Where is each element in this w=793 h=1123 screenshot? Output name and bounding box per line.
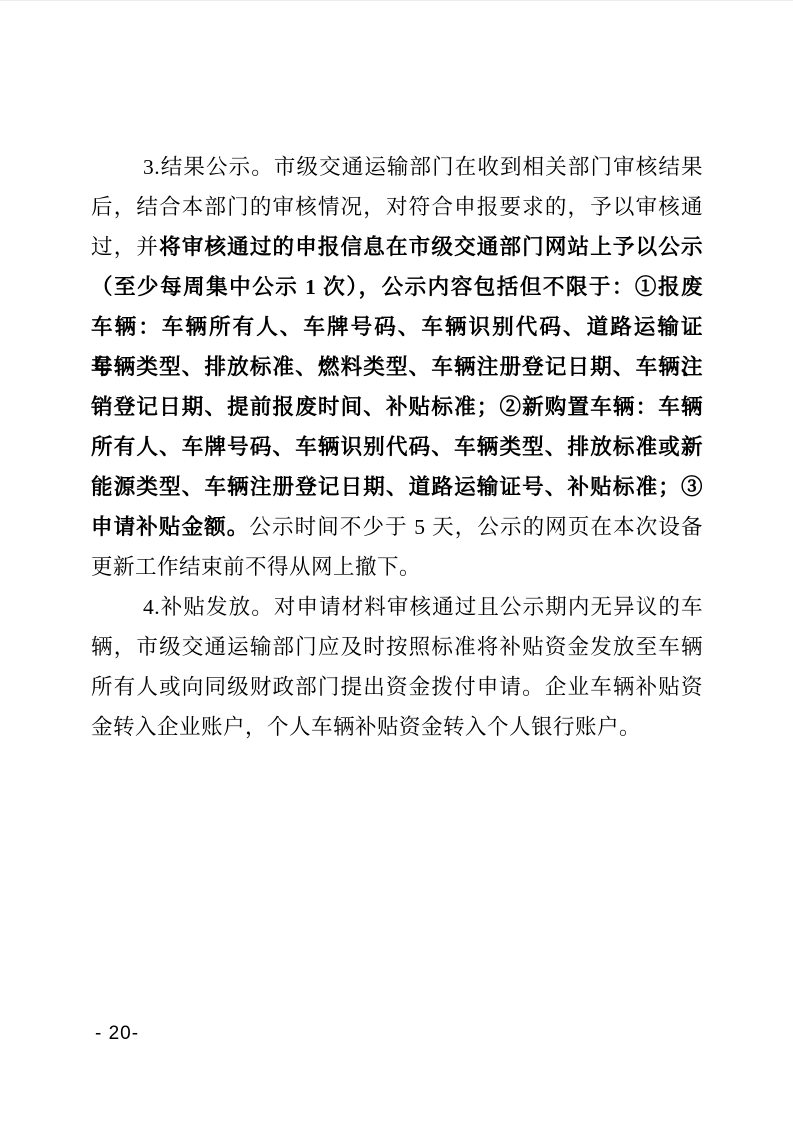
- bold-text-segment: 能源类型、车辆注册登记日期、道路运输证号、补贴标准；③: [91, 475, 703, 499]
- document-page: 3.结果公示。市级交通运输部门在收到相关部门审核结果后，结合本部门的审核情况，对…: [0, 0, 793, 1123]
- bold-text-segment: 车辆类型、排放标准、燃料类型、车辆注册登记日期、车辆注: [91, 355, 703, 379]
- text-line: （至少每周集中公示 1 次），公示内容包括但不限于：①报废: [91, 267, 703, 307]
- text-line: 辆，市级交通运输部门应及时按照标准将补贴资金发放至车辆: [91, 627, 703, 667]
- text-segment: 公示时间不少于 5 天，公示的网页在本次设备: [249, 515, 703, 539]
- text-line: 后，结合本部门的审核情况，对符合申报要求的，予以审核通: [91, 187, 703, 227]
- text-segment: 辆，市级交通运输部门应及时按照标准将补贴资金发放至车辆: [91, 635, 703, 659]
- text-line: 车辆类型、排放标准、燃料类型、车辆注册登记日期、车辆注: [91, 347, 703, 387]
- text-segment: 所有人或向同级财政部门提出资金拨付申请。企业车辆补贴资: [91, 675, 703, 699]
- text-line: 金转入企业账户，个人车辆补贴资金转入个人银行账户。: [91, 707, 703, 747]
- text-line: 能源类型、车辆注册登记日期、道路运输证号、补贴标准；③: [91, 467, 703, 507]
- text-line: 过，并将审核通过的申报信息在市级交通部门网站上予以公示: [91, 227, 703, 267]
- text-line: 车辆：车辆所有人、车牌号码、车辆识别代码、道路运输证号、: [91, 307, 703, 347]
- text-line: 4.补贴发放。对申请材料审核通过且公示期内无异议的车: [91, 587, 703, 627]
- text-line: 所有人或向同级财政部门提出资金拨付申请。企业车辆补贴资: [91, 667, 703, 707]
- text-segment: 过，并: [91, 235, 159, 259]
- text-line: 销登记日期、提前报废时间、补贴标准；②新购置车辆：车辆: [91, 387, 703, 427]
- bold-text-segment: 申请补贴金额。: [91, 515, 249, 539]
- bold-text-segment: 将审核通过的申报信息在市级交通部门网站上予以公示: [159, 235, 703, 259]
- bold-text-segment: （至少每周集中公示 1 次），公示内容包括但不限于：①报废: [91, 275, 703, 299]
- bold-text-segment: 销登记日期、提前报废时间、补贴标准；②新购置车辆：车辆: [91, 395, 703, 419]
- text-segment: 更新工作结束前不得从网上撤下。: [91, 555, 421, 579]
- text-segment: 4.补贴发放。对申请材料审核通过且公示期内无异议的车: [143, 595, 703, 619]
- text-segment: 金转入企业账户，个人车辆补贴资金转入个人银行账户。: [91, 715, 641, 739]
- text-segment: 3.结果公示。市级交通运输部门在收到相关部门审核结果: [143, 155, 703, 179]
- text-line: 更新工作结束前不得从网上撤下。: [91, 547, 703, 587]
- text-line: 所有人、车牌号码、车辆识别代码、车辆类型、排放标准或新: [91, 427, 703, 467]
- bold-text-segment: 所有人、车牌号码、车辆识别代码、车辆类型、排放标准或新: [91, 435, 703, 459]
- text-line: 申请补贴金额。公示时间不少于 5 天，公示的网页在本次设备: [91, 507, 703, 547]
- document-lines: 3.结果公示。市级交通运输部门在收到相关部门审核结果后，结合本部门的审核情况，对…: [91, 147, 703, 747]
- text-segment: 后，结合本部门的审核情况，对符合申报要求的，予以审核通: [91, 195, 703, 219]
- text-line: 3.结果公示。市级交通运输部门在收到相关部门审核结果: [91, 147, 703, 187]
- page-number: - 20-: [95, 1023, 139, 1045]
